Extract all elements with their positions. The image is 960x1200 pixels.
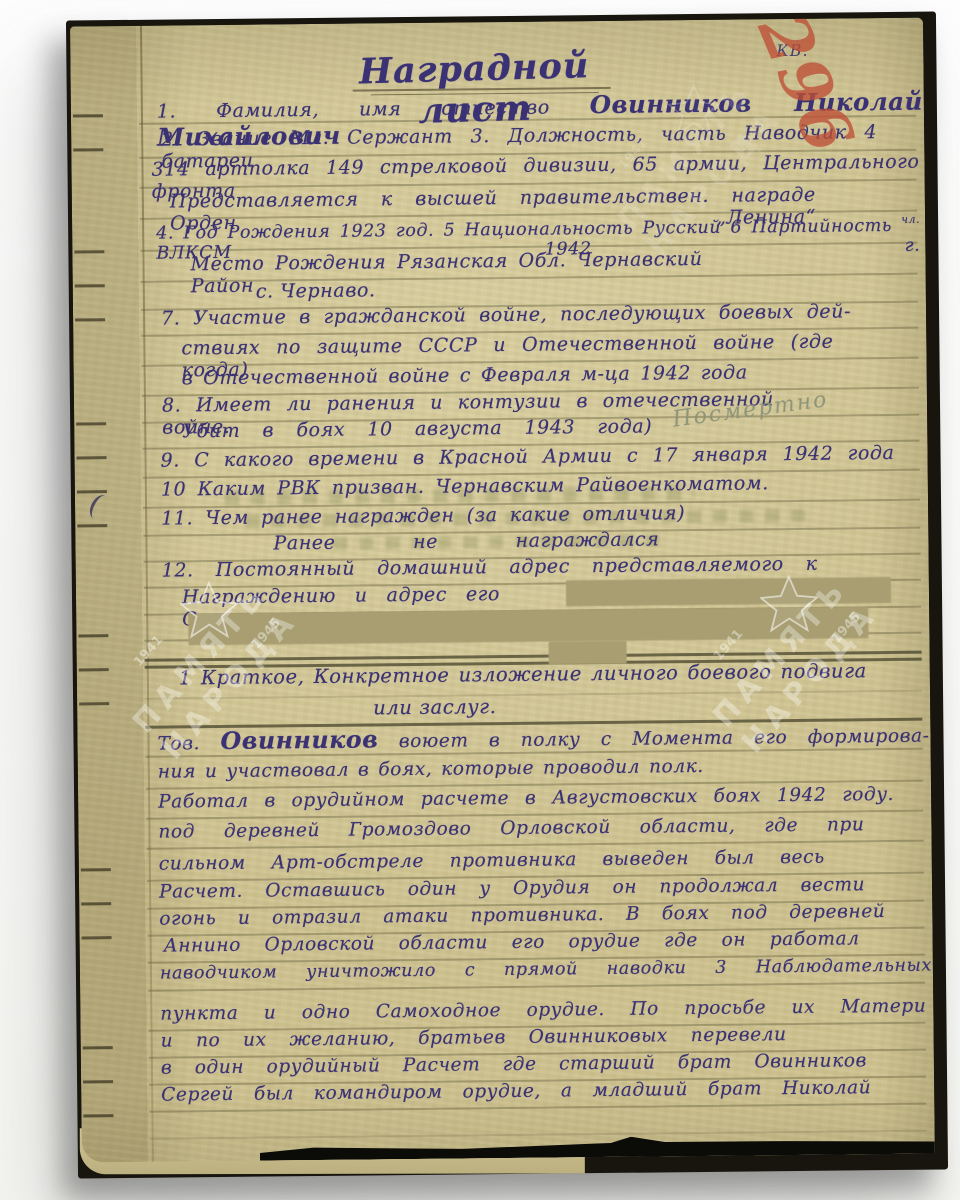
scan-black-edge — [260, 1134, 935, 1161]
handwritten-line: пункта и одно Самоходное орудие. По прос… — [160, 996, 926, 1025]
stitch-mark — [77, 490, 107, 493]
stitch-mark — [78, 634, 108, 637]
stitch-mark — [82, 936, 112, 939]
award-sheet-page: Наградной лист КВ. 296 1. Фамилия, имя о… — [70, 18, 935, 1163]
stitch-mark — [74, 250, 104, 253]
stitch-mark — [83, 1080, 113, 1083]
stitch-mark — [76, 422, 106, 425]
stray-pen-mark — [86, 492, 113, 523]
handwritten-line: огонь и отразил атаки противника. В боях… — [159, 901, 885, 930]
handwritten-line: Сергей был командиром орудие, а младший … — [161, 1077, 871, 1106]
stitch-mark — [73, 148, 103, 151]
redaction-bar — [548, 641, 626, 665]
stitch-mark — [75, 284, 105, 287]
stitch-mark — [83, 1046, 113, 1049]
stitch-mark — [79, 668, 109, 671]
stitch-mark — [77, 524, 107, 527]
handwritten-line: ния и участвовал в боях, которые проводи… — [158, 756, 704, 783]
handwritten-line: Убит в боях 10 августа 1943 года) — [182, 416, 652, 443]
ruled-line — [148, 982, 925, 992]
handwritten-line: сильном Арт-обстреле противника выведен … — [159, 847, 825, 875]
ruled-line — [150, 1130, 927, 1140]
handwritten-line: 1 Краткое, Конкретное изложение личного … — [179, 660, 867, 690]
redaction-bar — [566, 577, 891, 606]
stitch-mark — [73, 114, 103, 117]
handwritten-line: или заслуг. — [373, 696, 497, 720]
ruled-line — [145, 690, 922, 700]
handwritten-line: 7. Участие в гражданской войне, последую… — [161, 301, 851, 330]
handwritten-line: Ранее не награждался — [273, 529, 659, 555]
scan-background: Наградной лист КВ. 296 1. Фамилия, имя о… — [0, 0, 960, 1200]
stitch-mark — [77, 456, 107, 459]
handwritten-line: с. Чернаво. — [256, 280, 376, 303]
stitch-mark — [81, 902, 111, 905]
stitch-mark — [79, 702, 109, 705]
stitch-mark — [75, 318, 105, 321]
handwritten-line: 11. Чем ранее награжден (за какие отличи… — [161, 503, 685, 530]
document-photo: Наградной лист КВ. 296 1. Фамилия, имя о… — [66, 11, 948, 1178]
handwritten-line: в Отечественной войне с Февраля м-ца 194… — [182, 362, 748, 390]
stitch-mark — [81, 868, 111, 871]
redaction-bar — [188, 607, 868, 645]
stitch-mark — [83, 1114, 113, 1117]
handwritten-line: под деревней Громоздово Орловской област… — [158, 814, 864, 843]
